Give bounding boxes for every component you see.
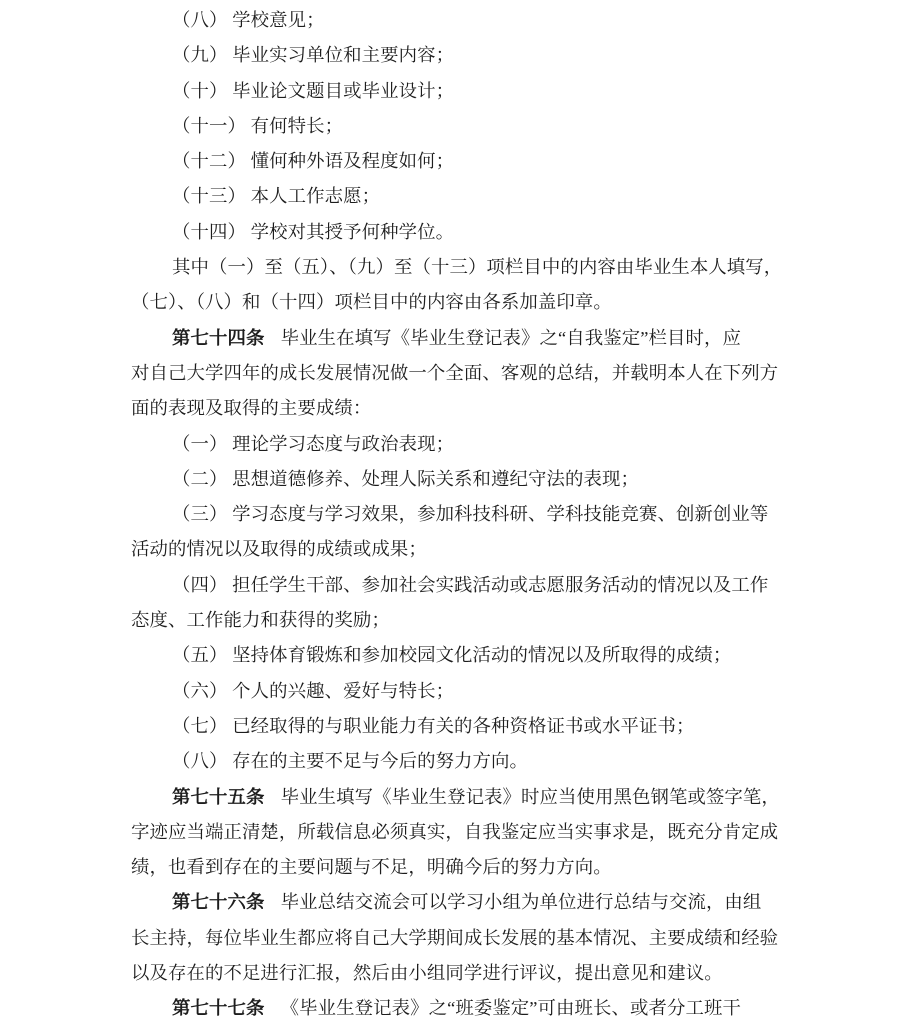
line-text: （八） 存在的主要不足与今后的努力方向。 — [172, 751, 528, 771]
document-line: 活动的情况以及取得的成绩或成果； — [131, 532, 779, 567]
document-line: 对自己大学四年的成长发展情况做一个全面、客观的总结，并载明本人在下列方 — [131, 356, 779, 391]
line-text: （十二） 懂何种外语及程度如何； — [172, 151, 454, 171]
line-text: 绩，也看到存在的主要问题与不足，明确今后的努力方向。 — [131, 857, 612, 877]
line-text: 毕业生填写《毕业生登记表》时应当使用黑色钢笔或签字笔， — [281, 787, 780, 807]
article-number: 第七十五条 — [172, 787, 264, 807]
document-line: （十二） 懂何种外语及程度如何； — [131, 144, 779, 179]
document-line: 以及存在的不足进行汇报，然后由小组同学进行评议，提出意见和建议。 — [131, 956, 779, 991]
document-line: 绩，也看到存在的主要问题与不足，明确今后的努力方向。 — [131, 850, 779, 885]
line-text: 《毕业生登记表》之“班委鉴定”可由班长、或者分工班干 — [281, 998, 741, 1018]
line-text: 活动的情况以及取得的成绩或成果； — [131, 539, 427, 559]
line-text: （四） 担任学生干部、参加社会实践活动或志愿服务活动的情况以及工作 — [172, 575, 768, 595]
document-line: （一） 理论学习态度与政治表现； — [131, 427, 779, 462]
line-text: （九） 毕业实习单位和主要内容； — [172, 45, 454, 65]
page: { "page": { "background": "#ffffff", "te… — [0, 0, 900, 1033]
line-text: （十一） 有何特长； — [172, 116, 343, 136]
document-line: 第七十七条《毕业生登记表》之“班委鉴定”可由班长、或者分工班干 — [131, 991, 779, 1026]
line-text: 对自己大学四年的成长发展情况做一个全面、客观的总结，并载明本人在下列方 — [131, 363, 778, 383]
document-line: （七）、（八）和（十四）项栏目中的内容由各系加盖印章。 — [131, 285, 779, 320]
document-line: （七） 已经取得的与职业能力有关的各种资格证书或水平证书； — [131, 709, 779, 744]
document-line: （四） 担任学生干部、参加社会实践活动或志愿服务活动的情况以及工作 — [131, 568, 779, 603]
document-line: （十三） 本人工作志愿； — [131, 179, 779, 214]
line-text: （一） 理论学习态度与政治表现； — [172, 434, 454, 454]
document-body: （八） 学校意见；（九） 毕业实习单位和主要内容；（十） 毕业论文题目或毕业设计… — [131, 3, 779, 1027]
line-text: （五） 坚持体育锻炼和参加校园文化活动的情况以及所取得的成绩； — [172, 645, 731, 665]
line-text: 长主持，每位毕业生都应将自己大学期间成长发展的基本情况、主要成绩和经验 — [131, 928, 778, 948]
document-line: 第七十五条毕业生填写《毕业生登记表》时应当使用黑色钢笔或签字笔， — [131, 780, 779, 815]
document-line: （八） 学校意见； — [131, 3, 779, 38]
line-text: （八） 学校意见； — [172, 10, 325, 30]
document-line: （三） 学习态度与学习效果，参加科技科研、学科技能竞赛、创新创业等 — [131, 497, 779, 532]
document-line: （十四） 学校对其授予何种学位。 — [131, 215, 779, 250]
document-line: 字迹应当端正清楚，所载信息必须真实，自我鉴定应当实事求是，既充分肯定成 — [131, 815, 779, 850]
document-line: （九） 毕业实习单位和主要内容； — [131, 38, 779, 73]
document-line: 面的表现及取得的主要成绩： — [131, 391, 779, 426]
line-text: （三） 学习态度与学习效果，参加科技科研、学科技能竞赛、创新创业等 — [172, 504, 768, 524]
line-text: 态度、工作能力和获得的奖励； — [131, 610, 390, 630]
line-text: （二） 思想道德修养、处理人际关系和遵纪守法的表现； — [172, 469, 639, 489]
line-text: （十） 毕业论文题目或毕业设计； — [172, 81, 454, 101]
document-line: 长主持，每位毕业生都应将自己大学期间成长发展的基本情况、主要成绩和经验 — [131, 921, 779, 956]
document-page: （八） 学校意见；（九） 毕业实习单位和主要内容；（十） 毕业论文题目或毕业设计… — [131, 3, 779, 1027]
line-text: 毕业总结交流会可以学习小组为单位进行总结与交流，由组 — [281, 892, 762, 912]
document-line: （五） 坚持体育锻炼和参加校园文化活动的情况以及所取得的成绩； — [131, 638, 779, 673]
document-line: （十） 毕业论文题目或毕业设计； — [131, 74, 779, 109]
document-line: （十一） 有何特长； — [131, 109, 779, 144]
document-line: （六） 个人的兴趣、爱好与特长； — [131, 674, 779, 709]
line-text: 毕业生在填写《毕业生登记表》之“自我鉴定”栏目时，应 — [281, 328, 741, 348]
document-line: 其中（一）至（五）、（九）至（十三）项栏目中的内容由毕业生本人填写， — [131, 250, 779, 285]
document-line: 第七十四条毕业生在填写《毕业生登记表》之“自我鉴定”栏目时，应 — [131, 321, 779, 356]
document-line: （二） 思想道德修养、处理人际关系和遵纪守法的表现； — [131, 462, 779, 497]
document-line: 态度、工作能力和获得的奖励； — [131, 603, 779, 638]
line-text: 面的表现及取得的主要成绩： — [131, 398, 371, 418]
line-text: （十三） 本人工作志愿； — [172, 186, 380, 206]
document-line: （八） 存在的主要不足与今后的努力方向。 — [131, 744, 779, 779]
line-text: 以及存在的不足进行汇报，然后由小组同学进行评议，提出意见和建议。 — [131, 963, 723, 983]
line-text: 其中（一）至（五）、（九）至（十三）项栏目中的内容由毕业生本人填写， — [172, 257, 782, 277]
line-text: （十四） 学校对其授予何种学位。 — [172, 222, 454, 242]
article-number: 第七十七条 — [172, 998, 264, 1018]
article-number: 第七十六条 — [172, 892, 264, 912]
document-line: 第七十六条毕业总结交流会可以学习小组为单位进行总结与交流，由组 — [131, 885, 779, 920]
line-text: （六） 个人的兴趣、爱好与特长； — [172, 681, 454, 701]
line-text: （七） 已经取得的与职业能力有关的各种资格证书或水平证书； — [172, 716, 694, 736]
line-text: （七）、（八）和（十四）项栏目中的内容由各系加盖印章。 — [131, 292, 612, 312]
line-text: 字迹应当端正清楚，所载信息必须真实，自我鉴定应当实事求是，既充分肯定成 — [131, 822, 778, 842]
article-number: 第七十四条 — [172, 328, 264, 348]
